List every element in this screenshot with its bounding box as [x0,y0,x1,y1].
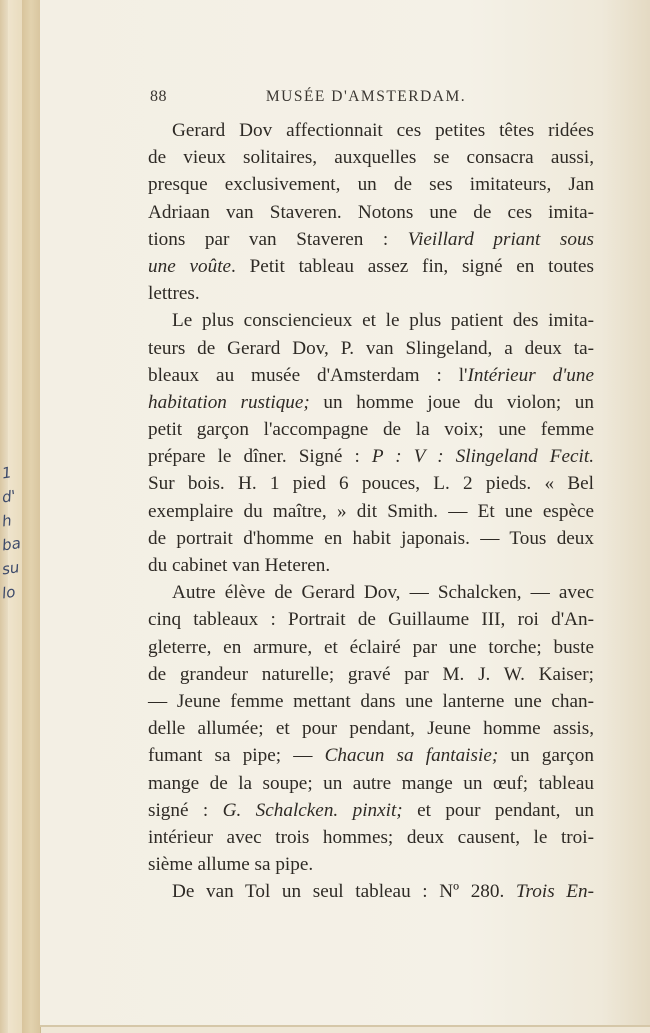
handwritten-margin-notes: 1d'hbasulo [2,460,24,604]
text-line: habitation rustique; un homme joue du vi… [148,389,594,416]
text-segment: cinq tableaux : Portrait de Guillaume II… [148,609,594,630]
text-segment: bleaux au musée d'Amsterdam : l' [148,365,467,386]
text-line: Autre élève de Gerard Dov, — Schalcken, … [148,579,594,606]
text-segment: intérieur avec trois hommes; deux causen… [148,827,594,848]
text-line: intérieur avec trois hommes; deux causen… [148,824,594,851]
paragraph: De van Tol un seul tableau : Nº 280. Tro… [148,878,594,905]
text-line: prépare le dîner. Signé : P : V : Slinge… [148,443,594,470]
italic-title: Trois En- [516,881,594,902]
text-line: petit garçon l'accompagne de la voix; un… [148,416,594,443]
text-segment: exemplaire du maître, » dit Smith. — Et … [148,501,594,522]
page-fold [22,0,41,1033]
text-segment: De van Tol un seul tableau : Nº 280. [172,881,516,902]
text-line: Gerard Dov affectionnait ces petites têt… [148,117,594,144]
text-line: Sur bois. H. 1 pied 6 pouces, L. 2 pieds… [148,470,594,497]
margin-note: d' [0,483,25,510]
text-segment: Sur bois. H. 1 pied 6 pouces, L. 2 pieds… [148,473,594,494]
text-segment: — Jeune femme mettant dans une lanterne … [148,691,594,712]
italic-title: G. Schalcken. pinxit; [223,800,403,821]
text-segment: Autre élève de Gerard Dov, — Schalcken, … [172,582,594,603]
text-segment: lettres. [148,283,200,304]
text-line: gleterre, en armure, et éclairé par une … [148,634,594,661]
page-header: 88 MUSÉE D'AMSTERDAM. [150,88,582,112]
text-segment: Le plus consciencieux et le plus patient… [172,310,594,331]
italic-title: P : V : Slingeland Fecit. [372,446,594,467]
text-line: signé : G. Schalcken. pinxit; et pour pe… [148,797,594,824]
italic-title: habitation rustique; [148,392,310,413]
text-line: de grandeur naturelle; gravé par M. J. W… [148,661,594,688]
text-segment: teurs de Gerard Dov, P. van Slingeland, … [148,338,594,359]
text-segment: de portrait d'homme en habit japonais. —… [148,528,594,549]
text-segment: signé : [148,800,223,821]
text-segment: tions par van Staveren : [148,229,408,250]
italic-title: Intérieur d'une [467,365,594,386]
margin-note: 1 [0,459,25,486]
text-segment: Adriaan van Staveren. Notons une de ces … [148,202,594,223]
text-line: De van Tol un seul tableau : Nº 280. Tro… [148,878,594,905]
text-line: fumant sa pipe; — Chacun sa fantaisie; u… [148,742,594,769]
text-segment: un homme joue du violon; un [310,392,594,413]
text-segment: du cabinet van Heteren. [148,555,330,576]
text-segment: sième allume sa pipe. [148,854,313,875]
text-line: teurs de Gerard Dov, P. van Slingeland, … [148,335,594,362]
text-segment: de grandeur naturelle; gravé par M. J. W… [148,664,594,685]
text-segment: mange de la soupe; un autre mange un œuf… [148,773,594,794]
running-title: MUSÉE D'AMSTERDAM. [150,88,582,106]
text-segment: fumant sa pipe; — [148,745,325,766]
text-line: une voûte. Petit tableau assez fin, sign… [148,253,594,280]
text-segment: delle allumée; et pour pendant, Jeune ho… [148,718,594,739]
text-segment: prépare le dîner. Signé : [148,446,372,467]
paragraph: Gerard Dov affectionnait ces petites têt… [148,117,594,307]
margin-note: ba [0,531,25,558]
text-segment: Gerard Dov affectionnait ces petites têt… [172,120,594,141]
margin-note: h [0,507,25,534]
margin-note: su [0,555,25,582]
text-line: du cabinet van Heteren. [148,552,594,579]
body-text: Gerard Dov affectionnait ces petites têt… [148,117,594,905]
text-line: sième allume sa pipe. [148,851,594,878]
text-line: Le plus consciencieux et le plus patient… [148,307,594,334]
text-line: Adriaan van Staveren. Notons une de ces … [148,199,594,226]
italic-title: Chacun sa fantaisie; [325,745,499,766]
text-line: bleaux au musée d'Amsterdam : l'Intérieu… [148,362,594,389]
text-segment: presque exclusivement, un de ses imitate… [148,174,594,195]
text-line: cinq tableaux : Portrait de Guillaume II… [148,606,594,633]
italic-title: une voûte [148,256,231,277]
text-line: exemplaire du maître, » dit Smith. — Et … [148,498,594,525]
italic-title: Vieillard priant sous [408,229,594,250]
text-segment: de vieux solitaires, auxquelles se consa… [148,147,594,168]
text-line: delle allumée; et pour pendant, Jeune ho… [148,715,594,742]
text-segment: un garçon [498,745,594,766]
text-line: lettres. [148,280,594,307]
text-line: de vieux solitaires, auxquelles se consa… [148,144,594,171]
text-segment: . Petit tableau assez fin, signé en tout… [231,256,594,277]
margin-note: lo [0,579,25,606]
text-segment: gleterre, en armure, et éclairé par une … [148,637,594,658]
text-segment: petit garçon l'accompagne de la voix; un… [148,419,594,440]
paragraph: Le plus consciencieux et le plus patient… [148,307,594,579]
text-line: de portrait d'homme en habit japonais. —… [148,525,594,552]
text-segment: et pour pendant, un [403,800,594,821]
text-line: tions par van Staveren : Vieillard prian… [148,226,594,253]
text-line: presque exclusivement, un de ses imitate… [148,171,594,198]
text-line: — Jeune femme mettant dans une lanterne … [148,688,594,715]
text-line: mange de la soupe; un autre mange un œuf… [148,770,594,797]
paragraph: Autre élève de Gerard Dov, — Schalcken, … [148,579,594,878]
